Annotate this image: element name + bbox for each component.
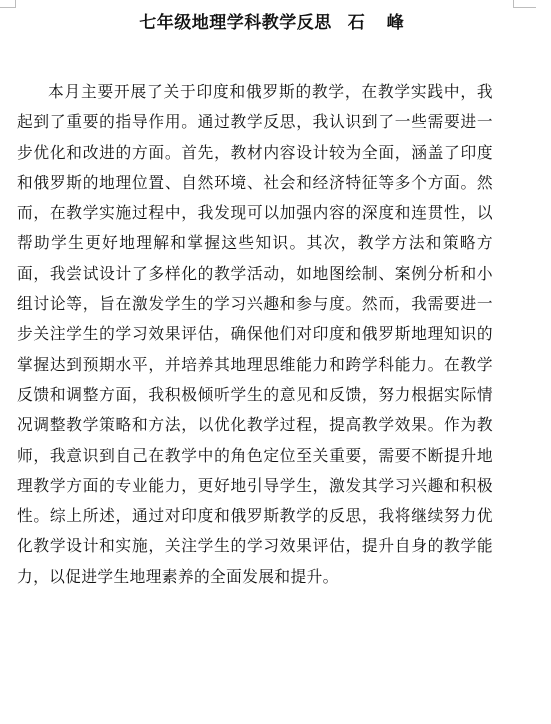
page-corner-mark-top-left [0,0,16,8]
document-author: 石 峰 [348,13,412,33]
page-corner-mark-top-right [513,0,536,8]
document-title: 七年级地理学科教学反思 [139,13,332,33]
page-title-line: 七年级地理学科教学反思石 峰 [0,10,551,36]
body-paragraph: 本月主要开展了关于印度和俄罗斯的教学，在教学实践中，我起到了重要的指导作用。通过… [17,77,493,592]
